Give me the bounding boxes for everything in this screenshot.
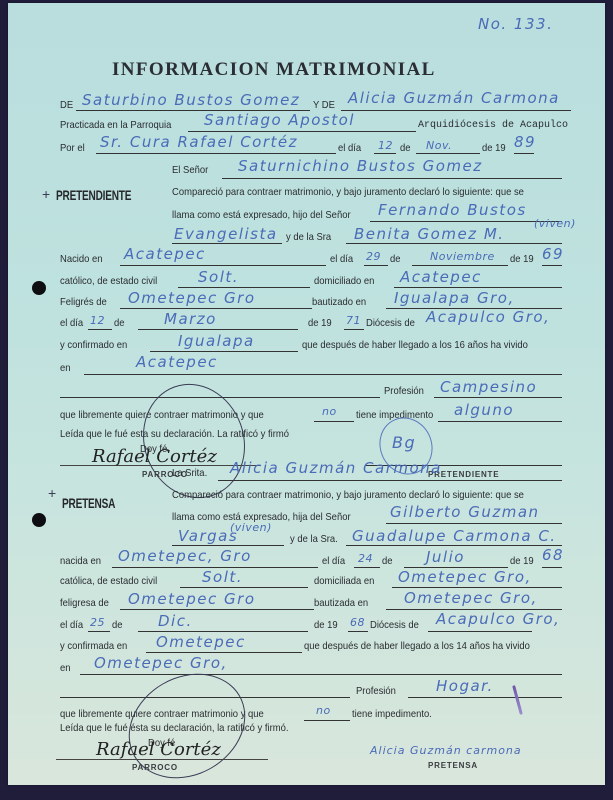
mother-label-2: y de la Sra. [290, 533, 338, 545]
bride-caption: PRETENSA [428, 761, 478, 770]
bap-day-field-2: 25 [90, 616, 105, 629]
bride-father-field: Gilberto Guzman [390, 503, 540, 521]
groom-mother-field: Benita Gomez M. [354, 225, 505, 243]
bride-name-field: Alicia Guzmán Carmona [348, 89, 560, 107]
section-pretensa: PRETENSA [62, 495, 115, 511]
bap-dia-label: el día [60, 317, 83, 329]
cross-mark: + [42, 186, 50, 202]
bap-year-prefix-2: de 19 [314, 619, 338, 631]
bap-dia-label-2: el día [60, 619, 83, 631]
archdiocese-label: Arquidiócesis de Acapulco [418, 120, 568, 131]
parishioner-label: Feligrés de [60, 296, 107, 308]
after-label-2: que después de haber llegado a los 14 añ… [304, 640, 530, 652]
impediment-answer-field: no [322, 405, 337, 418]
en-label-2: en [60, 662, 71, 674]
srita-label: La Srita. [172, 467, 207, 479]
groom-father-field-2: Evangelista [174, 225, 278, 243]
por-el-label: Por el [60, 142, 85, 154]
parents-note-2: (viven) [230, 521, 272, 534]
born-year-prefix: de 19 [510, 253, 534, 265]
bap-year-prefix: de 19 [308, 317, 332, 329]
after-label: que después de haber llegado a los 16 añ… [302, 339, 528, 351]
priest-caption-2: PARROCO [132, 763, 178, 772]
impediment-label-2: tiene impedimento. [352, 708, 432, 720]
y-de-label: Y DE [313, 99, 335, 111]
civil-label: católico, de estado civil [60, 275, 157, 287]
born-year-field-2: 68 [542, 546, 564, 564]
document-number: No. 133. [478, 15, 553, 33]
ink-mark [512, 685, 523, 715]
baptized-field-2: Ometepec Gro, [404, 589, 538, 607]
senor-label: El Señor [172, 164, 208, 176]
confirmed-label: y confirmado en [60, 339, 127, 351]
impediment-answer-field-2: no [316, 704, 331, 717]
born-de-label: de [390, 253, 401, 265]
born-month-field: Noviembre [430, 250, 495, 263]
bap-day-field: 12 [90, 314, 105, 327]
profession-label: Profesión [384, 385, 424, 397]
parishioner-field: Ometepec Gro [128, 289, 256, 307]
document-page: No. 133. INFORMACION MATRIMONIAL DE Satu… [8, 3, 605, 785]
declaration-line-1: Compareció para contraer matrimonio, y b… [172, 186, 524, 198]
cross-mark-2: + [48, 485, 56, 501]
bap-de-label: de [114, 317, 125, 329]
domicile-field: Acatepec [400, 268, 482, 286]
born-day-field: 29 [366, 250, 381, 263]
profession-field-2: Hogar. [436, 677, 494, 695]
born-year-prefix-2: de 19 [510, 555, 534, 567]
bride-signature: Alicia Guzmán carmona [370, 744, 522, 757]
lived-in-field: Acatepec [136, 353, 218, 371]
born-place-field-2: Ometepec, Gro [118, 547, 252, 565]
parishioner-field-2: Ometepec Gro [128, 590, 256, 608]
baptized-label: bautizado en [312, 296, 366, 308]
profession-label-2: Profesión [356, 685, 396, 697]
binder-hole [32, 513, 46, 527]
year-prefix: de 19 [482, 142, 506, 154]
parishioner-label-2: feligresa de [60, 597, 109, 609]
bride-full-name-field: Alicia Guzmán Carmona [230, 459, 442, 477]
section-pretendiente: PRETENDIENTE [56, 187, 131, 203]
diocese-field: Acapulco Gro, [426, 308, 550, 326]
lived-in-field-2: Ometepec Gro, [94, 654, 228, 672]
bap-year-field-2: 68 [350, 616, 365, 629]
en-label: en [60, 362, 71, 374]
domicile-field-2: Ometepec Gro, [398, 568, 532, 586]
groom-name-field: Saturbino Bustos Gomez [82, 91, 300, 109]
day-field: 12 [378, 139, 393, 152]
baptized-field: Igualapa Gro, [394, 289, 515, 307]
dia-label: el día [338, 142, 361, 154]
domicile-label: domiciliado en [314, 275, 374, 287]
civil-label-2: católica, de estado civil [60, 575, 157, 587]
year-suffix-field: 89 [514, 133, 536, 151]
born-dia-label: el día [330, 253, 353, 265]
declaration-line-2: llama como está expresado, hijo del Seño… [172, 209, 351, 221]
mother-label: y de la Sra [286, 231, 331, 243]
confirmed-field-2: Ometepec [156, 633, 246, 651]
bride-mother-field: Guadalupe Carmona C. [352, 527, 557, 545]
confirmed-label-2: y confirmada en [60, 640, 127, 652]
born-place-field: Acatepec [124, 245, 206, 263]
baptized-label-2: bautizada en [314, 597, 368, 609]
bap-month-field-2: Dic. [158, 612, 193, 630]
born-day-field-2: 24 [358, 552, 373, 565]
born-month-field-2: Julio [426, 548, 465, 566]
profession-field: Campesino [440, 378, 537, 396]
bap-year-field: 71 [346, 314, 361, 327]
priest-signature-2: Rafael Cortéz [96, 739, 221, 760]
impediment-extra-field: alguno [454, 401, 514, 419]
diocese-label-2: Diócesis de [370, 619, 419, 631]
page-title: INFORMACION MATRIMONIAL [112, 59, 436, 81]
born-de-label-2: de [382, 555, 393, 567]
de-label-2: de [400, 142, 411, 154]
groom-full-name-field: Saturnichino Bustos Gomez [238, 157, 483, 175]
declaration-line-1b: Compareció para contraer matrimonio, y b… [172, 489, 524, 501]
born-dia-label-2: el día [322, 555, 345, 567]
de-label: DE [60, 99, 73, 111]
domicile-label-2: domiciliada en [314, 575, 374, 587]
parish-label: Practicada en la Parroquia [60, 119, 171, 131]
bap-de-label-2: de [112, 619, 123, 631]
civil-status-field-2: Solt. [202, 568, 243, 586]
groom-father-field: Fernando Bustos [378, 201, 527, 219]
parents-note: (viven) [534, 217, 576, 230]
born-label-2: nacida en [60, 555, 101, 567]
officiant-field: Sr. Cura Rafael Cortéz [100, 133, 298, 151]
born-label: Nacido en [60, 253, 103, 265]
confirmed-field: Igualapa [178, 332, 255, 350]
bap-month-field: Marzo [164, 310, 217, 328]
priest-signature: Rafael Cortéz [92, 446, 217, 467]
diocese-field-2: Acapulco Gro, [436, 610, 560, 628]
born-year-field: 69 [542, 245, 564, 263]
diocese-label: Diócesis de [366, 317, 415, 329]
month-field: Nov. [426, 139, 452, 152]
parish-field: Santiago Apostol [204, 111, 355, 129]
civil-status-field: Solt. [198, 268, 239, 286]
applicant-signature: Bg [392, 433, 416, 452]
binder-hole [32, 281, 46, 295]
